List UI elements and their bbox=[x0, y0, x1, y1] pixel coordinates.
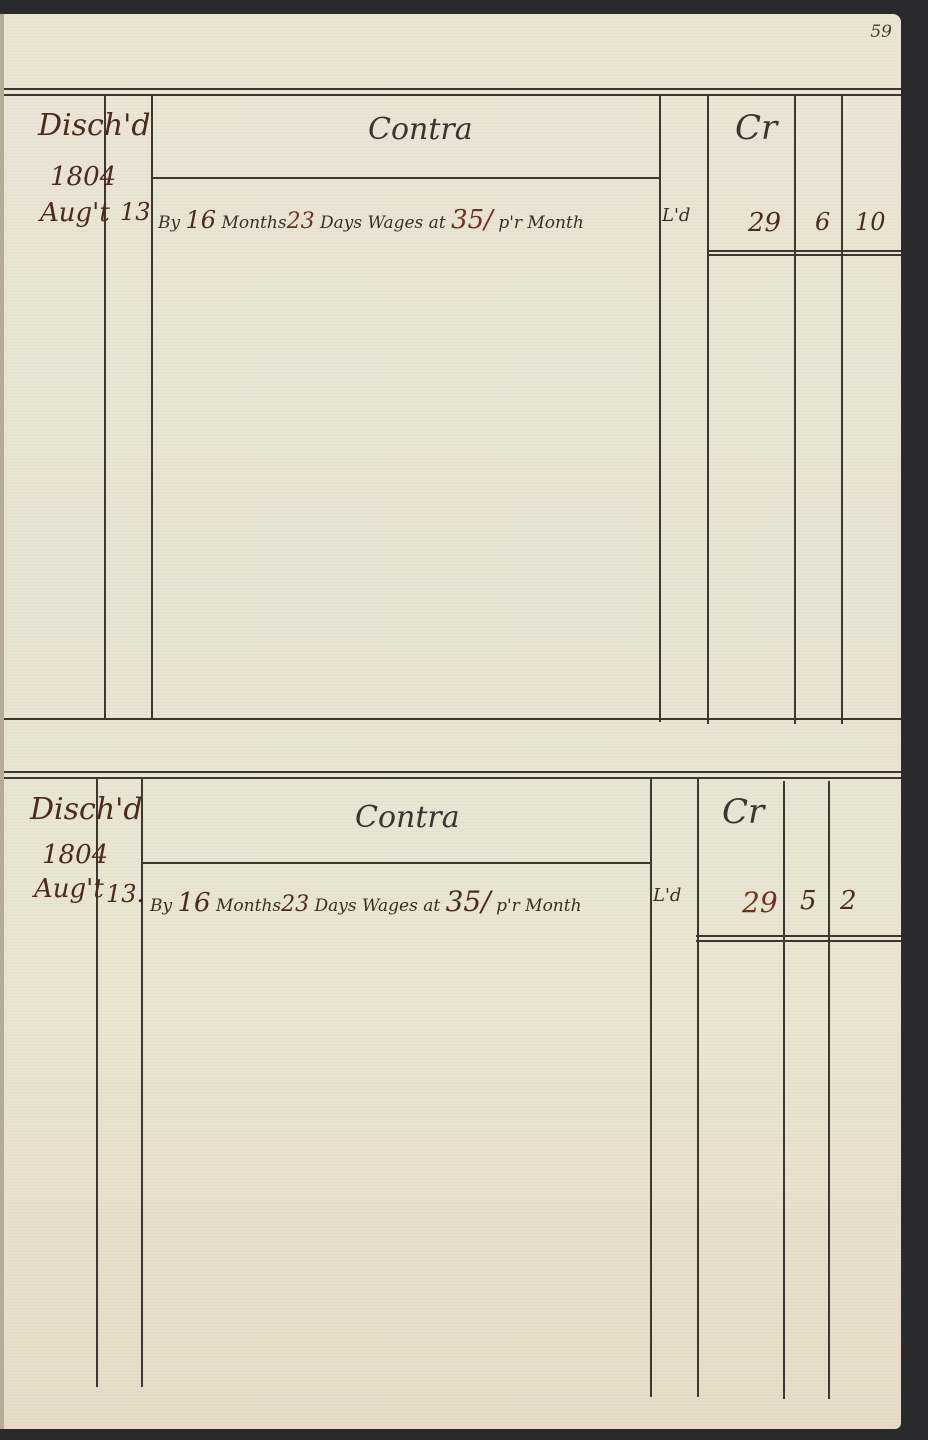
entry-2-description: By 16 Months23 Days Wages at 35/ p'r Mon… bbox=[150, 885, 582, 918]
entry-1-top-rule bbox=[4, 88, 901, 90]
entry-2-status: Disch'd bbox=[30, 792, 143, 827]
entry-1-months-label: Months bbox=[221, 213, 286, 233]
entry-1-pounds: 29 bbox=[748, 208, 781, 238]
entry-2-heading-rule bbox=[143, 862, 651, 864]
entry-1-rate: 35/ bbox=[451, 205, 493, 235]
entry-2-desc-col-line bbox=[650, 779, 652, 1397]
entry-2-day: 13. bbox=[106, 880, 144, 908]
entry-1-shillings-col-line bbox=[841, 96, 843, 724]
entry-1-by: By bbox=[158, 213, 180, 233]
entry-1-day: 13 bbox=[120, 198, 151, 226]
entry-1-credit-rule-2 bbox=[708, 254, 901, 256]
entry-2-pounds: 29 bbox=[742, 886, 778, 919]
entry-2-pounds-col-line bbox=[783, 781, 785, 1399]
entry-1-year: 1804 bbox=[50, 162, 116, 192]
entry-1-day-col-line bbox=[151, 94, 153, 720]
entry-2-currency: L'd bbox=[653, 885, 681, 906]
entry-1-currency-col-line bbox=[707, 96, 709, 724]
entry-2-shillings-col-line bbox=[828, 781, 830, 1399]
entry-2-credit-heading: Cr bbox=[722, 792, 764, 832]
entry-1-pence: 10 bbox=[855, 208, 886, 236]
entry-1-month: Aug't bbox=[40, 198, 110, 228]
entry-1-contra-heading: Contra bbox=[368, 112, 473, 147]
entry-1-status: Disch'd bbox=[38, 108, 151, 143]
entry-1-desc-col-line bbox=[659, 94, 661, 722]
entry-1-credit-rule bbox=[708, 250, 901, 252]
entry-2-credit-rule-2 bbox=[696, 940, 901, 942]
entry-1-shillings: 6 bbox=[815, 208, 830, 236]
entry-1-bottom-rule bbox=[4, 718, 901, 720]
entry-2-shillings: 5 bbox=[800, 886, 817, 916]
entry-2-months: 16 bbox=[178, 888, 211, 918]
entry-1-rate-label: p'r Month bbox=[498, 213, 583, 233]
page-binding-edge bbox=[0, 14, 4, 1429]
entry-2-top-rule bbox=[4, 771, 901, 773]
entry-2-month: Aug't bbox=[34, 874, 104, 904]
entry-1-pounds-col-line bbox=[794, 96, 796, 724]
entry-2-by: By bbox=[150, 896, 172, 916]
entry-1-top-rule-2 bbox=[4, 94, 901, 96]
entry-1-months: 16 bbox=[186, 206, 217, 234]
entry-2-days-label: Days Wages at bbox=[315, 896, 441, 916]
entry-1-currency: L'd bbox=[662, 205, 690, 226]
entry-1-days: 23 bbox=[287, 209, 315, 234]
entry-2-year: 1804 bbox=[42, 840, 108, 870]
entry-1-description: By 16 Months23 Days Wages at 35/ p'r Mon… bbox=[158, 205, 584, 235]
entry-2-credit-rule bbox=[696, 935, 901, 937]
entry-1-heading-rule bbox=[152, 177, 660, 179]
folio-number: 59 bbox=[870, 22, 892, 42]
entry-2-days: 23 bbox=[281, 892, 309, 917]
entry-2-currency-col-line bbox=[697, 779, 699, 1397]
entry-2-contra-heading: Contra bbox=[355, 800, 460, 835]
entry-2-top-rule-2 bbox=[4, 777, 901, 779]
entry-2-rate: 35/ bbox=[446, 885, 491, 918]
entry-1-credit-heading: Cr bbox=[735, 108, 777, 148]
entry-2-months-label: Months bbox=[216, 896, 281, 916]
entry-2-day-col-line bbox=[141, 777, 143, 1387]
entry-2-rate-label: p'r Month bbox=[496, 896, 581, 916]
entry-1-days-label: Days Wages at bbox=[320, 213, 446, 233]
entry-2-pence: 2 bbox=[840, 886, 857, 916]
